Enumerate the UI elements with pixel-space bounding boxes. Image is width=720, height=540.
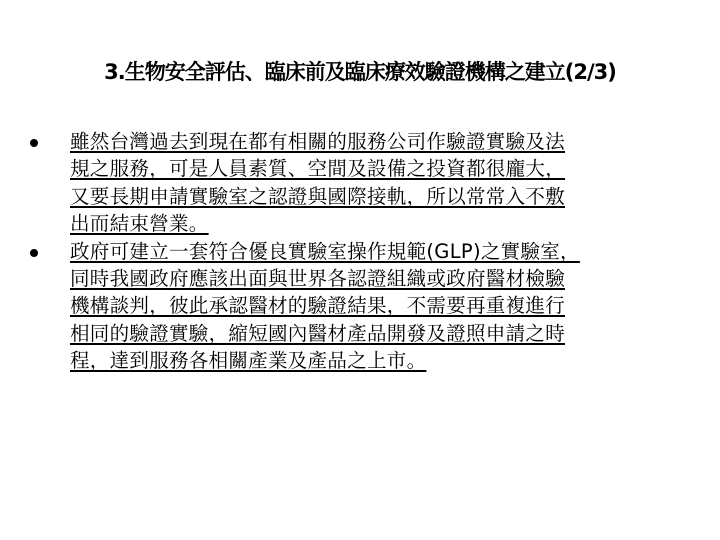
underlined-text: 規之服務，可是人員素質、空間及設備之投資都很龐大，: [70, 157, 565, 180]
underlined-text: 機構談判，彼此承認醫材的驗證結果，不需要再重複進行: [70, 294, 565, 317]
bullet-item-2: 政府可建立一套符合優良實驗室操作規範(GLP)之實驗室， 同時我國政府應該出面與…: [30, 238, 690, 375]
underlined-text: 程，達到服務各相關產業及產品之上市。: [70, 349, 426, 372]
underlined-text: 相同的驗證實驗，縮短國內醫材產品開發及證照申請之時: [70, 322, 565, 345]
bullet-text-line: 規之服務，可是人員素質、空間及設備之投資都很龐大，: [70, 155, 690, 182]
underlined-text: 又要長期申請實驗室之認證與國際接軌，所以常常入不敷: [70, 185, 565, 208]
bullet-text-line: 雖然台灣過去到現在都有相關的服務公司作驗證實驗及法: [70, 128, 690, 155]
bullet-dot-icon: [30, 249, 38, 257]
bullet-text-line: 政府可建立一套符合優良實驗室操作規範(GLP)之實驗室，: [70, 238, 690, 265]
bullet-text-line: 程，達到服務各相關產業及產品之上市。: [70, 347, 690, 374]
bullet-text-line: 又要長期申請實驗室之認證與國際接軌，所以常常入不敷: [70, 183, 690, 210]
bullet-dot-icon: [30, 139, 38, 147]
bullet-text-line: 出而結束營業。: [70, 210, 690, 237]
underlined-text: 出而結束營業。: [70, 212, 209, 235]
bullet-list: 雖然台灣過去到現在都有相關的服務公司作驗證實驗及法 規之服務，可是人員素質、空間…: [30, 128, 690, 375]
underlined-text: 政府可建立一套符合優良實驗室操作規範(GLP)之實驗室，: [70, 240, 580, 263]
bullet-item-1: 雖然台灣過去到現在都有相關的服務公司作驗證實驗及法 規之服務，可是人員素質、空間…: [30, 128, 690, 238]
bullet-text-line: 機構談判，彼此承認醫材的驗證結果，不需要再重複進行: [70, 292, 690, 319]
underlined-text: 同時我國政府應該出面與世界各認證組織或政府醫材檢驗: [70, 267, 565, 290]
underlined-text: 雖然台灣過去到現在都有相關的服務公司作驗證實驗及法: [70, 130, 565, 153]
bullet-text-line: 同時我國政府應該出面與世界各認證組織或政府醫材檢驗: [70, 265, 690, 292]
slide-title: 3.生物安全評估、臨床前及臨床療效驗證機構之建立(2/3): [0, 56, 720, 86]
bullet-text-line: 相同的驗證實驗，縮短國內醫材產品開發及證照申請之時: [70, 320, 690, 347]
